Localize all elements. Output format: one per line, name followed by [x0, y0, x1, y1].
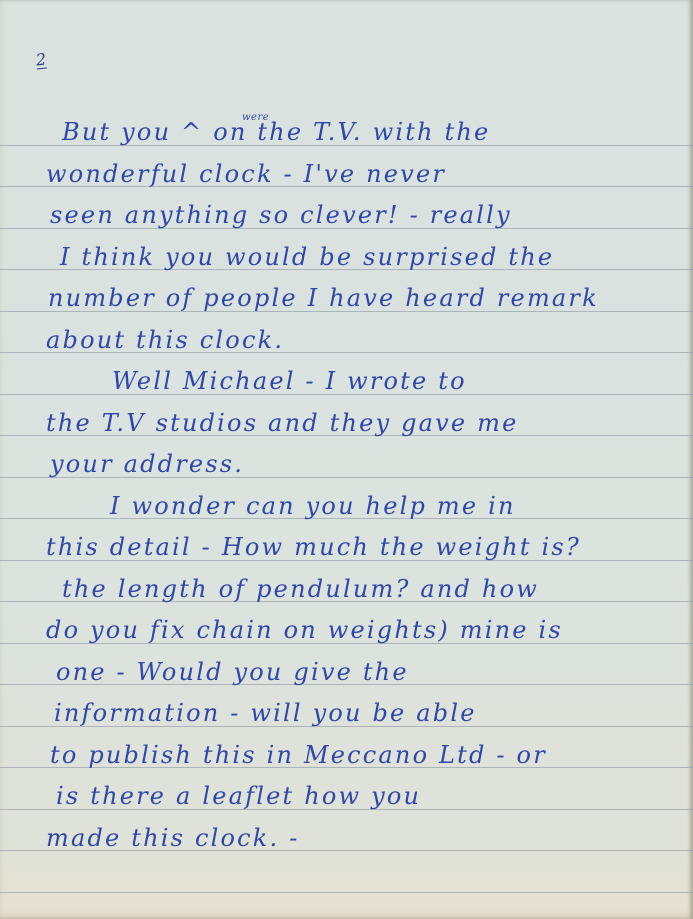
letter-line: I think you would be surprised the — [60, 243, 554, 271]
letter-line: wonderful clock - I've never — [46, 160, 446, 188]
letter-line: the length of pendulum? and how — [62, 575, 539, 603]
letter-line: your address. — [50, 450, 244, 478]
letter-line: about this clock. — [46, 326, 284, 354]
letter-line: I wonder can you help me in — [110, 492, 516, 520]
letter-line: number of people I have heard remark — [48, 284, 599, 312]
page-number: 2 — [35, 52, 47, 70]
letter-line: Well Michael - I wrote to — [112, 367, 467, 395]
letter-line: made this clock. - — [46, 824, 300, 852]
letter-line: the T.V studios and they gave me — [46, 409, 519, 437]
letter-line: this detail - How much the weight is? — [46, 533, 581, 561]
letter-line: do you fix chain on weights) mine is — [46, 616, 563, 644]
letter-line: is there a leaflet how you — [56, 782, 421, 810]
letter-line: But you ^ on the T.V. with the — [62, 118, 490, 146]
letter-page: 2 were But you ^ on the T.V. with the wo… — [0, 0, 693, 919]
ruled-line — [0, 892, 693, 893]
letter-line: one - Would you give the — [56, 658, 409, 686]
letter-line: information - will you be able — [54, 699, 477, 727]
letter-line: seen anything so clever! - really — [50, 201, 512, 229]
letter-line: to publish this in Meccano Ltd - or — [50, 741, 547, 769]
